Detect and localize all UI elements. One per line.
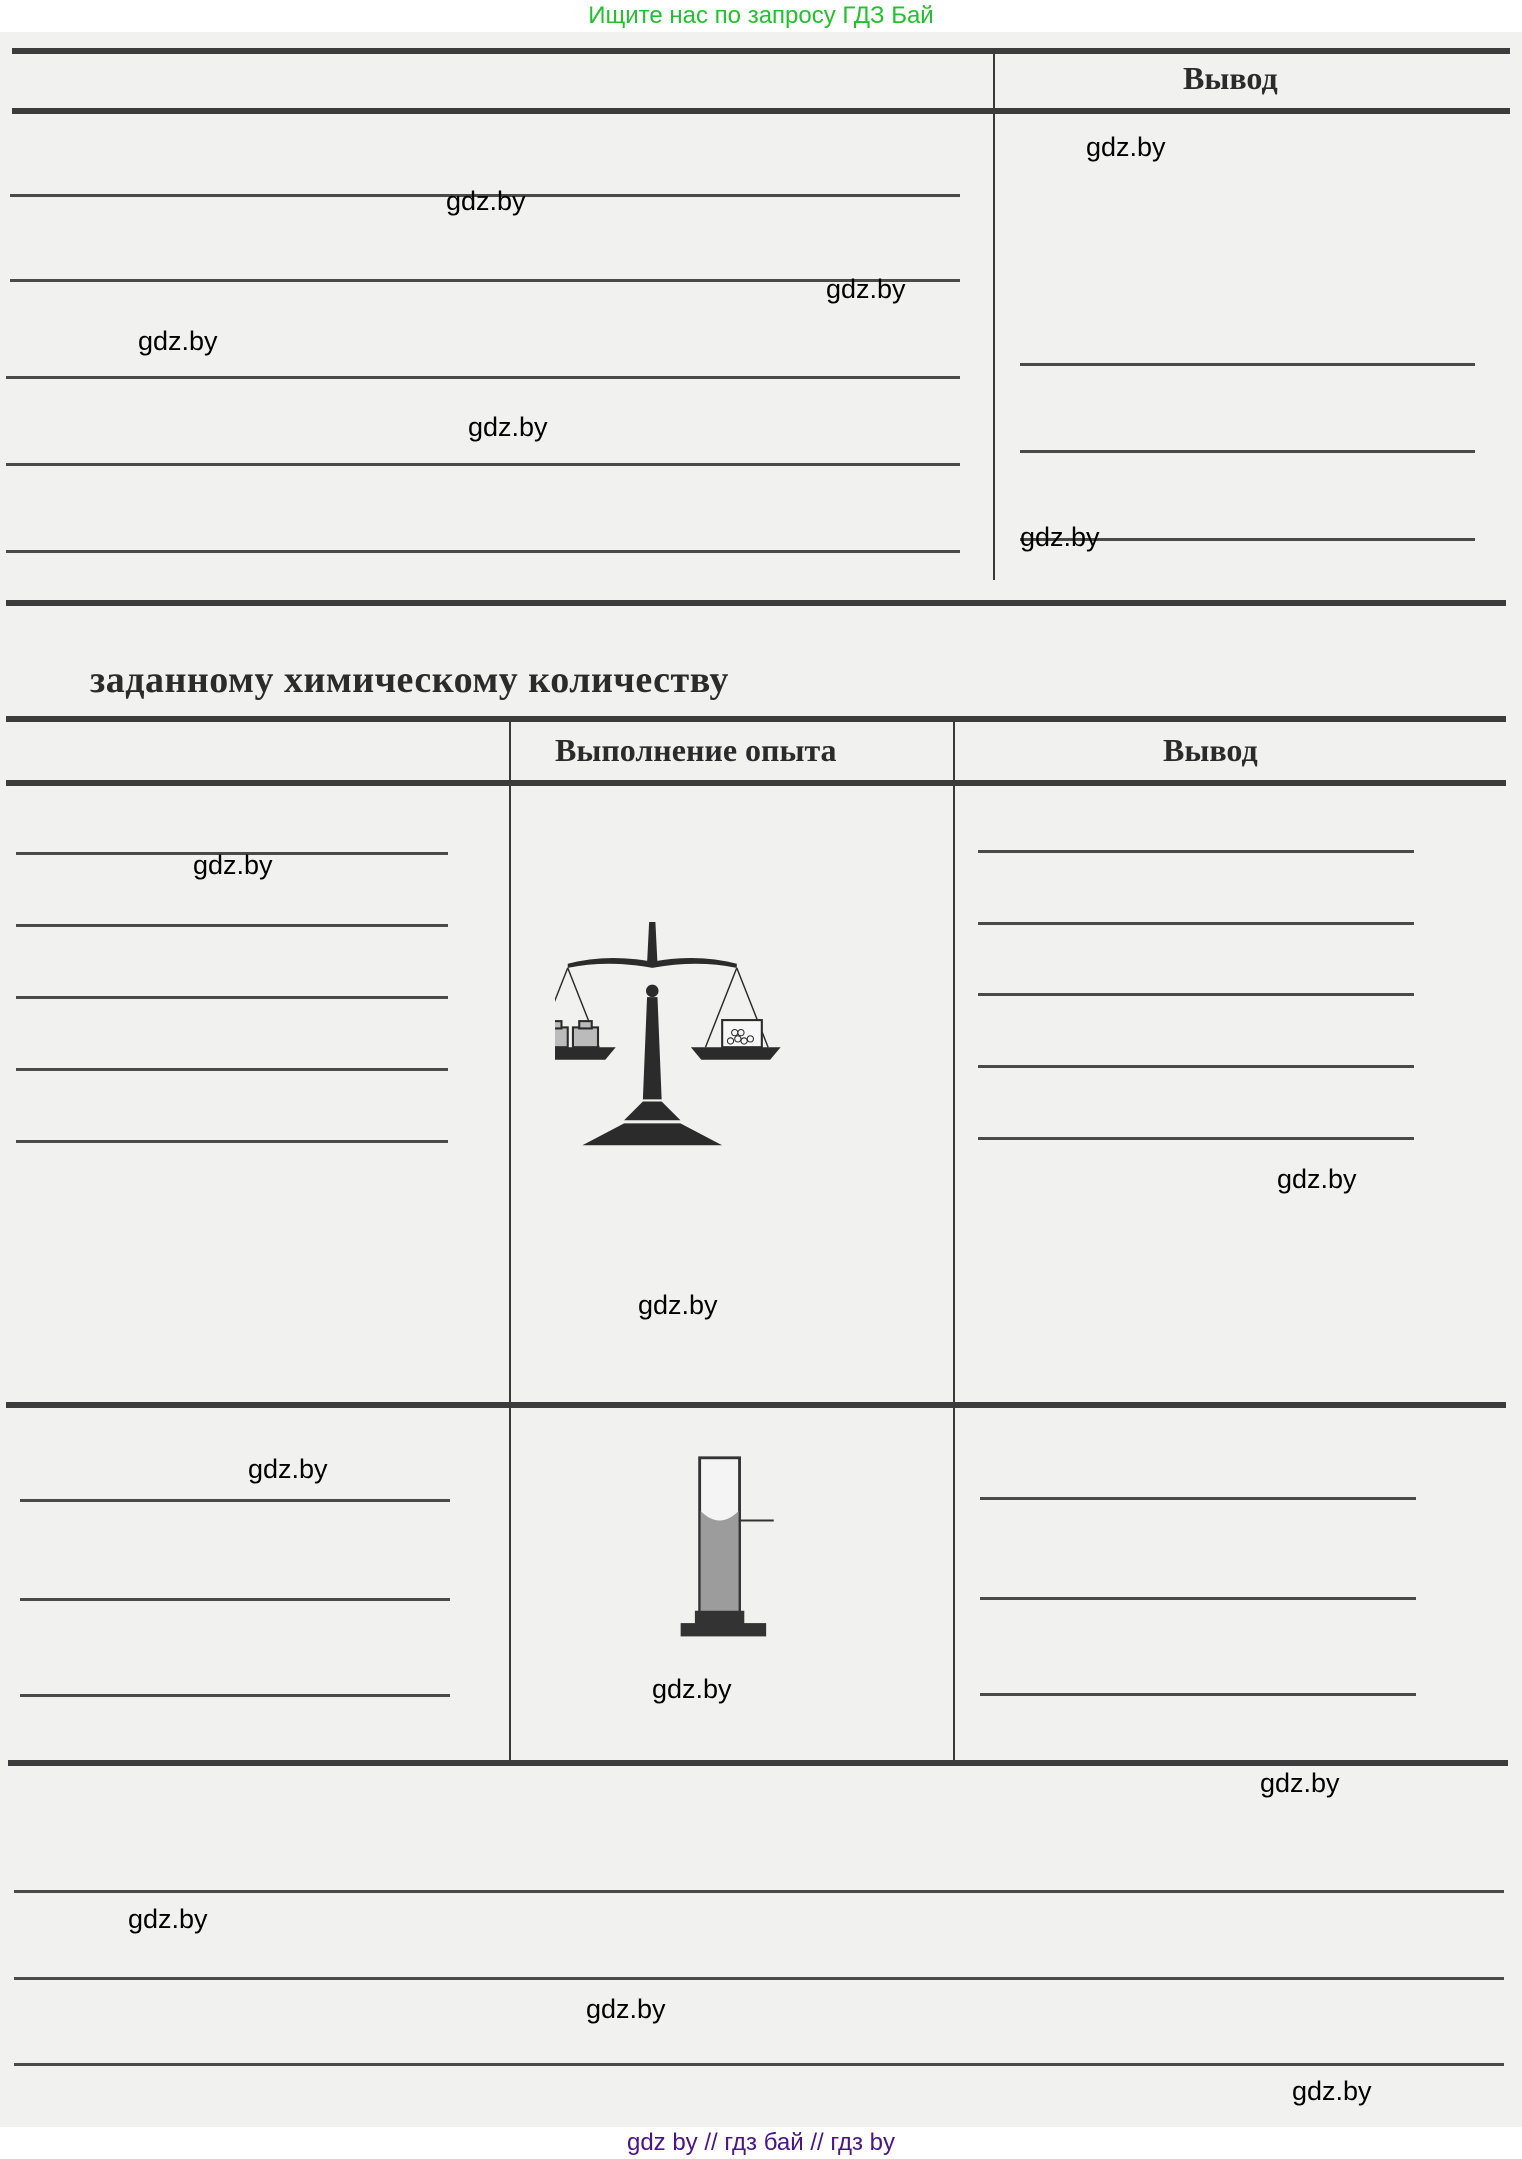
- answer-line[interactable]: [16, 1140, 448, 1143]
- answer-line[interactable]: [980, 1597, 1416, 1600]
- table-bottom-border: [8, 1760, 1508, 1766]
- answer-line[interactable]: [6, 550, 960, 553]
- row-divider: [6, 1402, 1506, 1408]
- watermark: gdz.by: [1277, 1164, 1357, 1195]
- balance-scale-icon: [555, 922, 785, 1162]
- watermark: gdz.by: [638, 1290, 718, 1321]
- watermark: gdz.by: [128, 1904, 208, 1935]
- table-top-border: [6, 716, 1506, 722]
- watermark: gdz.by: [1292, 2076, 1372, 2107]
- watermark: gdz.by: [586, 1994, 666, 2025]
- footer-links: gdz by // гдз бай // гдз by: [0, 2127, 1522, 2159]
- answer-line[interactable]: [20, 1694, 450, 1697]
- answer-line[interactable]: [10, 279, 960, 282]
- answer-line[interactable]: [6, 376, 960, 379]
- column-divider: [993, 50, 995, 580]
- column-heading-experiment: Выполнение опыта: [555, 732, 837, 769]
- answer-line[interactable]: [14, 1890, 1504, 1893]
- watermark: gdz.by: [1020, 522, 1100, 553]
- answer-line[interactable]: [20, 1499, 450, 1502]
- answer-line[interactable]: [6, 463, 960, 466]
- watermark: gdz.by: [652, 1674, 732, 1705]
- section-title: заданному химическому количеству: [90, 658, 729, 702]
- answer-line[interactable]: [978, 1137, 1414, 1140]
- table-bottom-border: [6, 600, 1506, 606]
- answer-line[interactable]: [16, 996, 448, 999]
- workbook-page: Вывод заданному химическому количеству В…: [0, 32, 1522, 2127]
- watermark: gdz.by: [248, 1454, 328, 1485]
- answer-line[interactable]: [978, 1065, 1414, 1068]
- answer-line[interactable]: [1020, 450, 1475, 453]
- answer-line[interactable]: [16, 1068, 448, 1071]
- watermark: gdz.by: [468, 412, 548, 443]
- column-heading-conclusion: Вывод: [1163, 732, 1258, 769]
- answer-line[interactable]: [16, 924, 448, 927]
- column-heading-conclusion: Вывод: [1183, 60, 1278, 97]
- search-banner: Ищите нас по запросу ГДЗ Бай: [0, 0, 1522, 32]
- table-header-border: [6, 780, 1506, 786]
- answer-line[interactable]: [1020, 363, 1475, 366]
- answer-line[interactable]: [978, 993, 1414, 996]
- measuring-cylinder-icon: [676, 1454, 786, 1644]
- answer-line[interactable]: [20, 1598, 450, 1601]
- watermark: gdz.by: [446, 186, 526, 217]
- answer-line[interactable]: [980, 1497, 1416, 1500]
- answer-line[interactable]: [14, 2063, 1504, 2066]
- watermark: gdz.by: [138, 326, 218, 357]
- watermark: gdz.by: [1086, 132, 1166, 163]
- column-divider: [953, 720, 955, 1760]
- answer-line[interactable]: [978, 850, 1414, 853]
- watermark: gdz.by: [1260, 1768, 1340, 1799]
- table-top-border: [12, 48, 1510, 54]
- watermark: gdz.by: [826, 274, 906, 305]
- answer-line[interactable]: [14, 1977, 1504, 1980]
- answer-line[interactable]: [980, 1693, 1416, 1696]
- column-divider: [509, 720, 511, 1760]
- table-header-border: [12, 108, 1510, 114]
- watermark: gdz.by: [193, 850, 273, 881]
- answer-line[interactable]: [978, 922, 1414, 925]
